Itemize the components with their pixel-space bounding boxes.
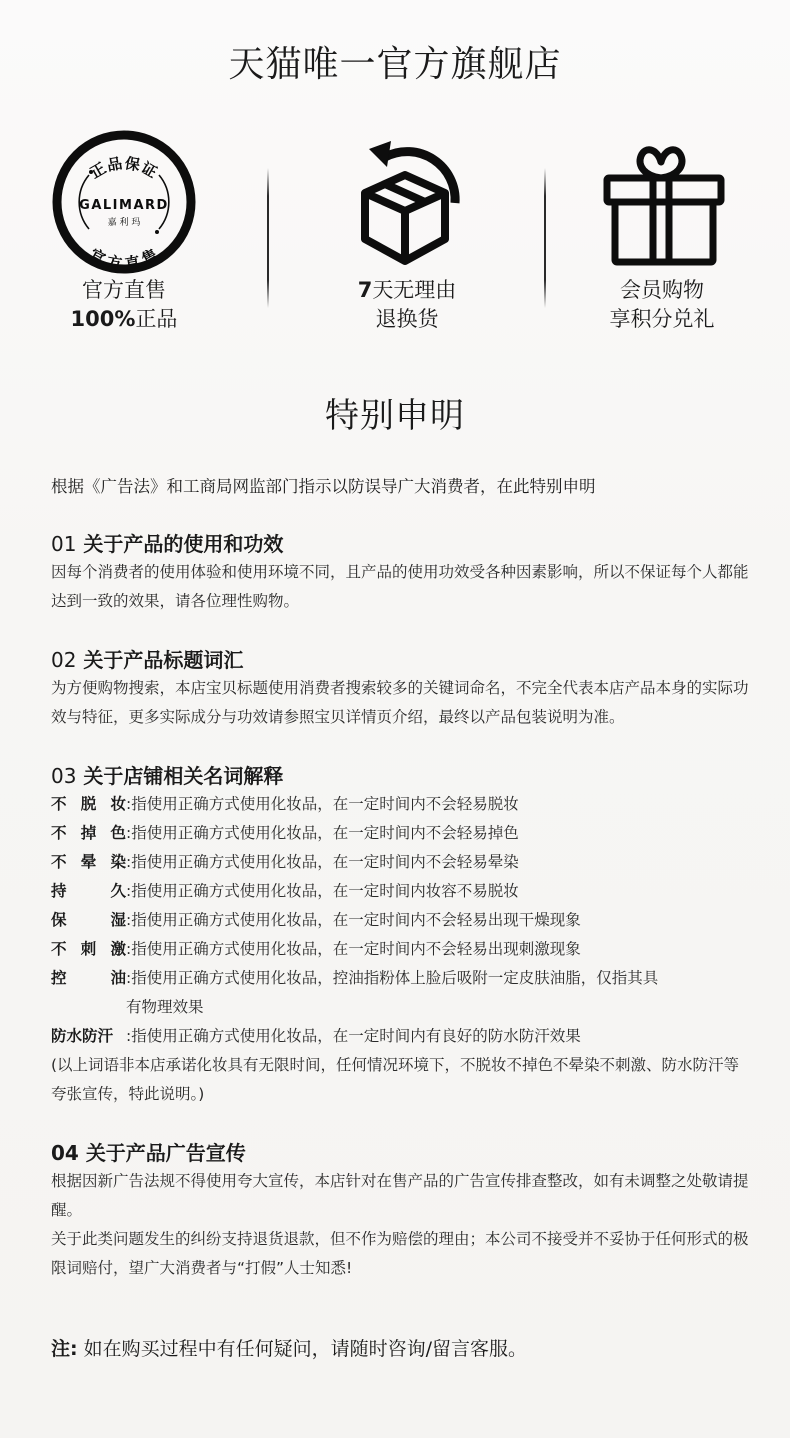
term-row: 持久 :指使用正确方式使用化妆品，在一定时间内妆容不易脱妆 <box>51 877 751 906</box>
svg-text:嘉 利 玛: 嘉 利 玛 <box>108 216 141 228</box>
feature-gift: 会员购物 享积分兑礼 <box>552 128 772 334</box>
term-row: 不晕染 :指使用正确方式使用化妆品，在一定时间内不会轻易晕染 <box>51 848 751 877</box>
feature-caption: 官方直售 100%正品 <box>14 276 234 334</box>
section-paragraph: 为方便购物搜索，本店宝贝标题使用消费者搜索较多的关键词命名，不完全代表本店产品本… <box>51 674 751 732</box>
store-title: 天猫唯一官方旗舰店 <box>0 36 790 87</box>
section-04: 04 关于产品广告宣传 根据因新广告法规不得使用夸大宣传，本店针对在售产品的广告… <box>51 1139 751 1283</box>
term-row: 不刺激 :指使用正确方式使用化妆品，在一定时间内不会轻易出现刺激现象 <box>51 935 751 964</box>
term-row: 不掉色 :指使用正确方式使用化妆品，在一定时间内不会轻易掉色 <box>51 819 751 848</box>
term-row: 保湿 :指使用正确方式使用化妆品，在一定时间内不会轻易出现干燥现象 <box>51 906 751 935</box>
gift-icon <box>597 132 727 272</box>
declaration-body: 根据《广告法》和工商局网监部门指示以防误导广大消费者，在此特别申明 01 关于产… <box>51 474 751 1283</box>
section-title: 03 关于店铺相关名词解释 <box>51 762 751 790</box>
declaration-intro: 根据《广告法》和工商局网监部门指示以防误导广大消费者，在此特别申明 <box>51 474 751 500</box>
feature-row: 正品保证 GALIMARD 嘉 利 玛 官方直售 官方直售 100%正品 <box>0 128 790 348</box>
svg-text:GALIMARD: GALIMARD <box>79 198 169 213</box>
return-box-icon <box>347 127 467 277</box>
divider <box>544 168 546 308</box>
section-01: 01 关于产品的使用和功效 因每个消费者的使用体验和使用环境不同，且产品的使用功… <box>51 530 751 616</box>
feature-return: 7天无理由 退换货 <box>297 128 517 334</box>
feature-authentic: 正品保证 GALIMARD 嘉 利 玛 官方直售 官方直售 100%正品 <box>14 128 234 334</box>
section-title: 04 关于产品广告宣传 <box>51 1139 751 1167</box>
feature-caption: 会员购物 享积分兑礼 <box>552 276 772 334</box>
section-paragraph: 根据因新广告法规不得使用夸大宣传，本店针对在售产品的广告宣传排查整改，如有未调整… <box>51 1167 751 1225</box>
feature-caption: 7天无理由 退换货 <box>297 276 517 334</box>
section-footnote: (以上词语非本店承诺化妆具有无限时间，任何情况环境下，不脱妆不掉色不晕染不刺激、… <box>51 1051 751 1109</box>
authentic-seal-icon: 正品保证 GALIMARD 嘉 利 玛 官方直售 <box>49 127 199 277</box>
section-title: 02 关于产品标题词汇 <box>51 646 751 674</box>
term-continuation: 有物理效果 <box>51 993 751 1022</box>
term-row: 不脱妆 :指使用正确方式使用化妆品，在一定时间内不会轻易脱妆 <box>51 790 751 819</box>
section-title: 01 关于产品的使用和功效 <box>51 530 751 558</box>
section-paragraph: 因每个消费者的使用体验和使用环境不同，且产品的使用功效受各种因素影响，所以不保证… <box>51 558 751 616</box>
declaration-title: 特别申明 <box>0 388 790 437</box>
section-02: 02 关于产品标题词汇 为方便购物搜索，本店宝贝标题使用消费者搜索较多的关键词命… <box>51 646 751 732</box>
customer-service-note: 注: 如在购买过程中有任何疑问，请随时咨询/留言客服。 <box>51 1335 751 1363</box>
svg-text:正品保证: 正品保证 <box>87 154 161 182</box>
divider <box>267 168 269 308</box>
term-row: 防水防汗 :指使用正确方式使用化妆品，在一定时间内有良好的防水防汗效果 <box>51 1022 751 1051</box>
term-row: 控油 :指使用正确方式使用化妆品，控油指粉体上脸后吸附一定皮肤油脂，仅指其具 <box>51 964 751 993</box>
section-paragraph: 关于此类问题发生的纠纷支持退货退款，但不作为赔偿的理由；本公司不接受并不妥协于任… <box>51 1225 751 1283</box>
section-03: 03 关于店铺相关名词解释 不脱妆 :指使用正确方式使用化妆品，在一定时间内不会… <box>51 762 751 1109</box>
